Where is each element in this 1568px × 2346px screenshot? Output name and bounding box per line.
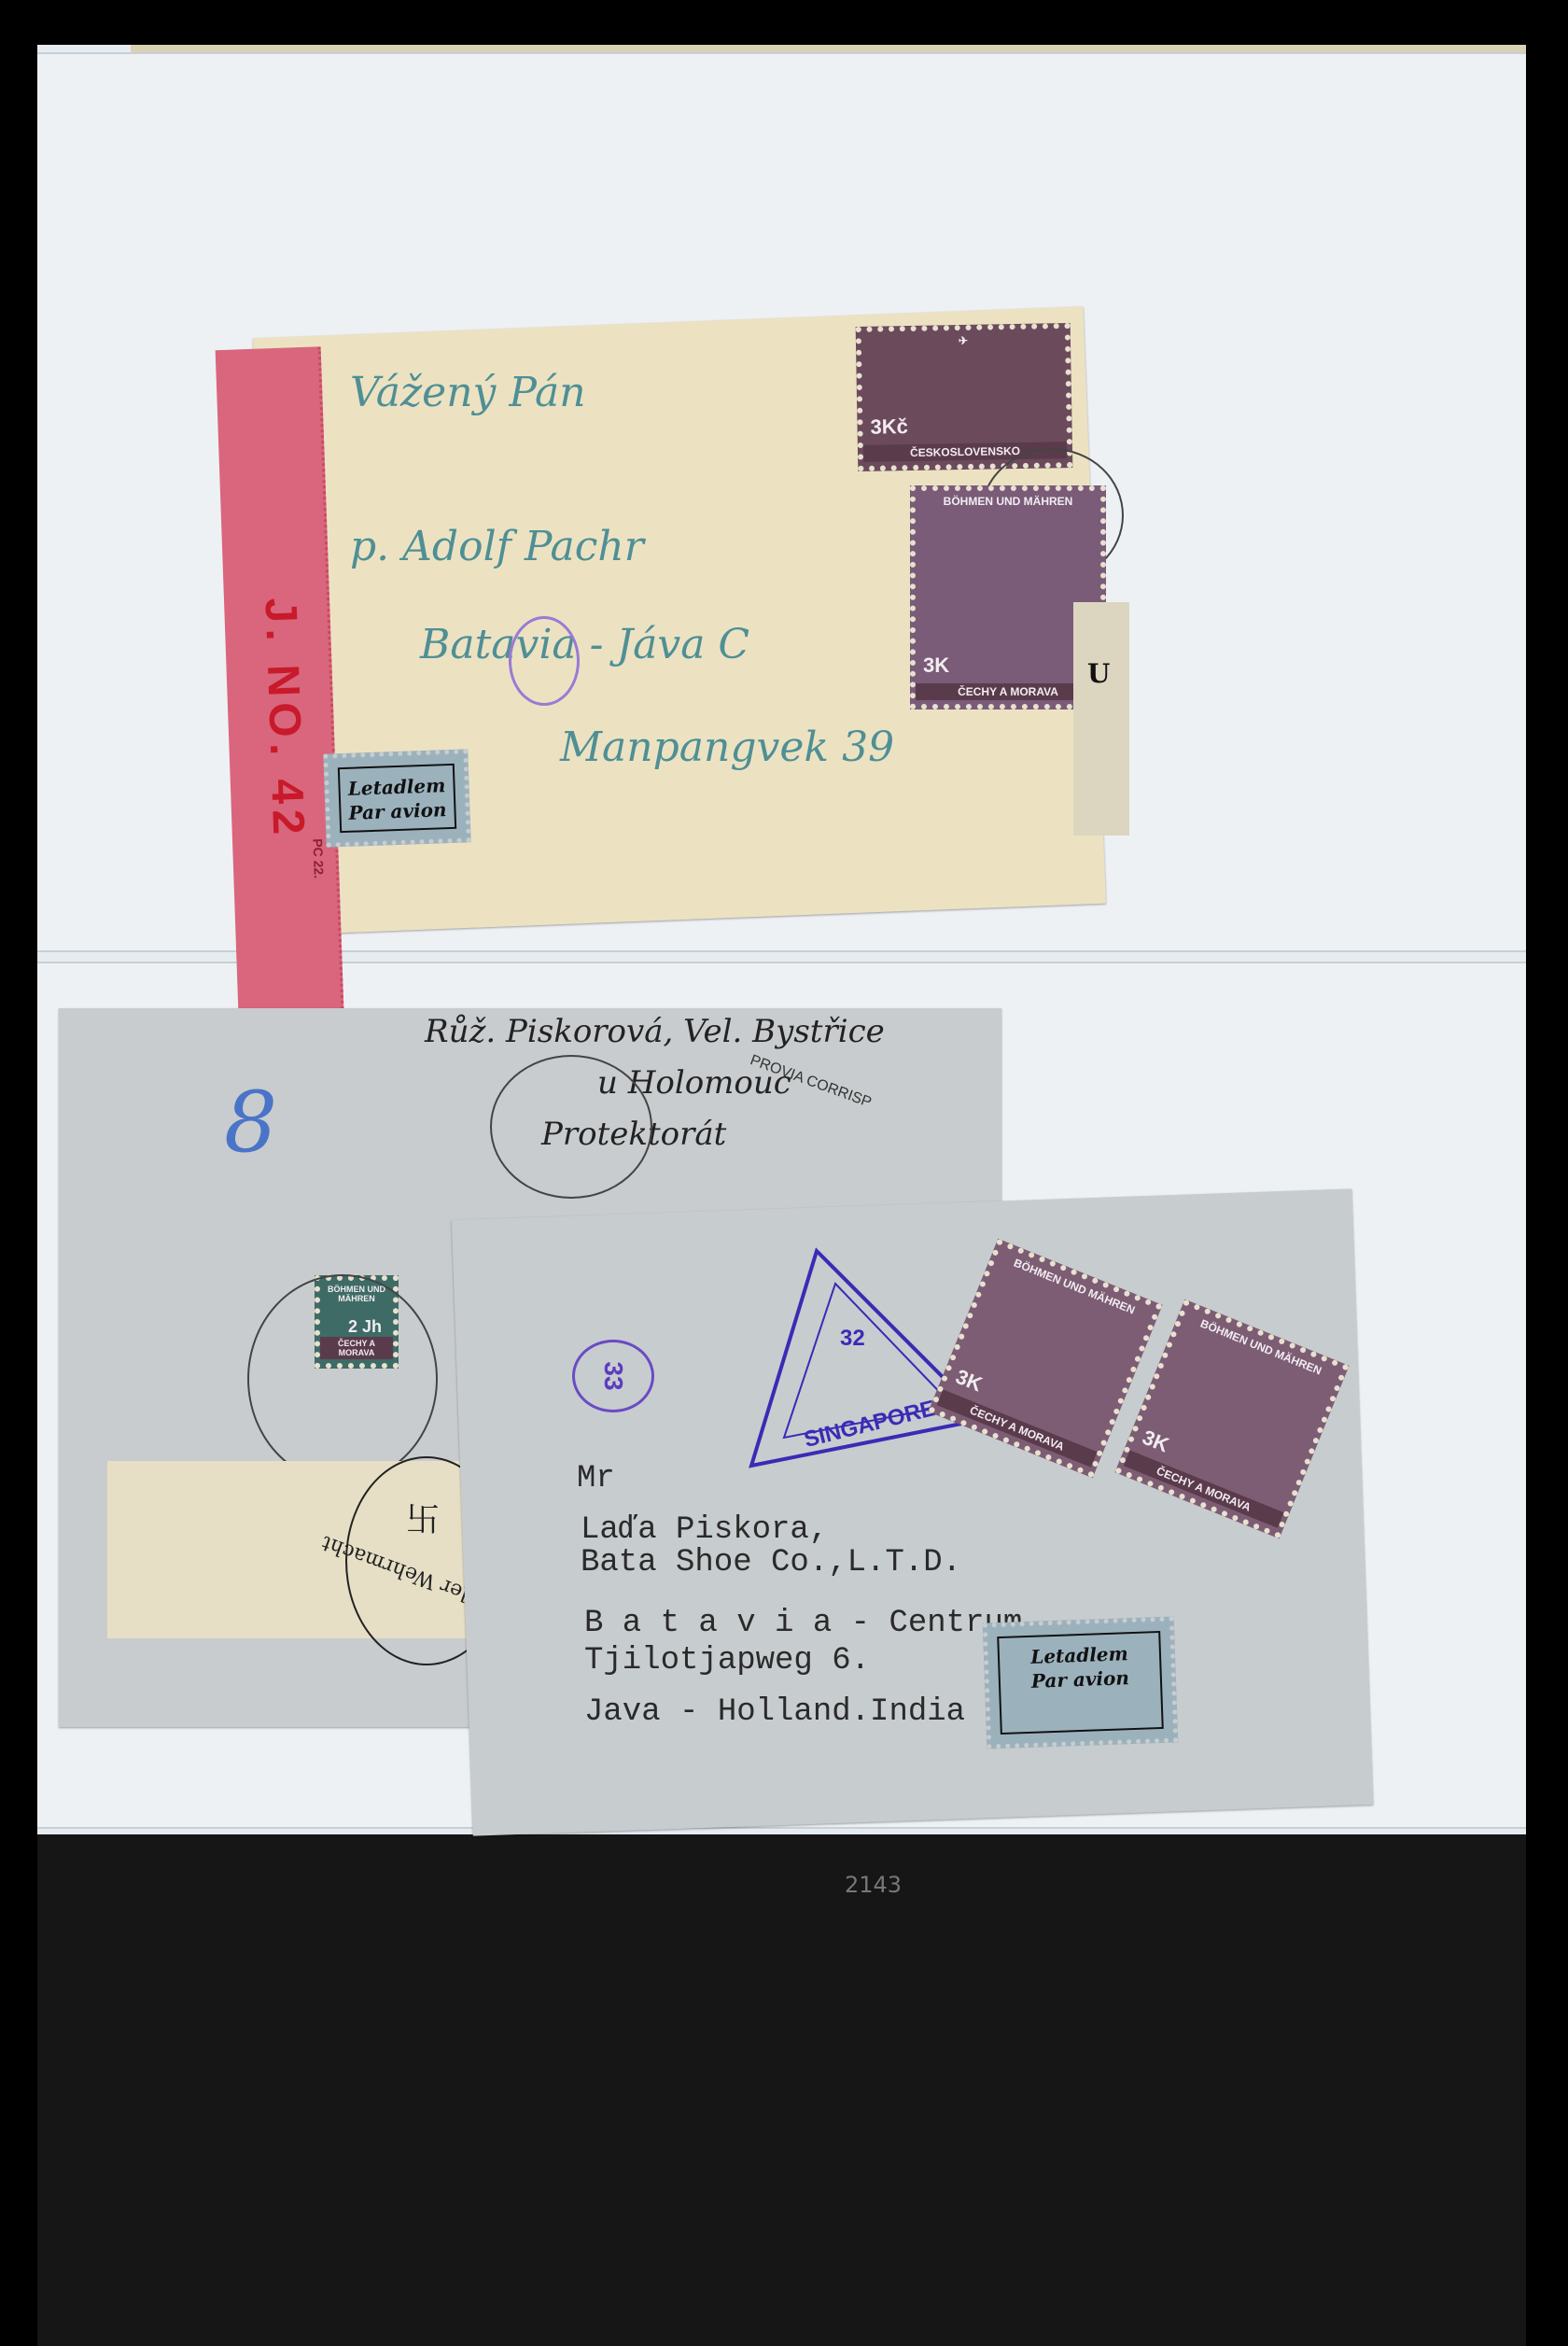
dark-background bbox=[37, 1834, 1526, 2346]
airmail-label: LetadlemPar avion bbox=[323, 749, 470, 847]
address-line: Bata Shoe Co.,L.T.D. bbox=[581, 1545, 961, 1580]
address-line: Vážený Pán bbox=[350, 369, 586, 416]
address-line: p. Adolf Pachr bbox=[350, 523, 644, 570]
address-line: Mr bbox=[577, 1461, 615, 1496]
censor-label-code: PC 22. bbox=[310, 838, 326, 878]
airmail-label: LetadlemPar avion bbox=[983, 1616, 1179, 1749]
address-line: Manpangvek 39 bbox=[560, 723, 894, 771]
stamp-country-top: BÖHMEN UND MÄHREN bbox=[916, 495, 1100, 508]
address-line: Java - Holland.India bbox=[584, 1694, 965, 1730]
censor-label-text: J. NO. 42 bbox=[254, 597, 311, 748]
address-line: Tjilotjapweg 6. bbox=[584, 1643, 870, 1679]
censor-number-circle: 33 bbox=[572, 1340, 654, 1412]
eagle-emblem-icon: 卐 bbox=[406, 1494, 440, 1541]
address-line: Batavia - Jáva C bbox=[420, 621, 749, 668]
censor-triangle-number: 32 bbox=[840, 1326, 865, 1352]
address-line: B a t a v i a - Centrum. bbox=[584, 1606, 1042, 1641]
transit-postmark bbox=[490, 1055, 652, 1199]
sender-line: Růž. Piskorová, Vel. Bystřice bbox=[425, 1013, 885, 1050]
censor-strip-right: U bbox=[1073, 602, 1129, 836]
censor-circle-mark bbox=[509, 616, 580, 706]
pencil-note: 2143 bbox=[845, 1872, 902, 1898]
stamp-value: 3Kč bbox=[870, 414, 908, 440]
postmark-velka-bystrice bbox=[247, 1274, 438, 1483]
stamp-value: 3K bbox=[923, 653, 949, 678]
pencil-mark: 8 bbox=[224, 1074, 277, 1172]
address-line: Laďa Piskora, bbox=[581, 1512, 828, 1548]
